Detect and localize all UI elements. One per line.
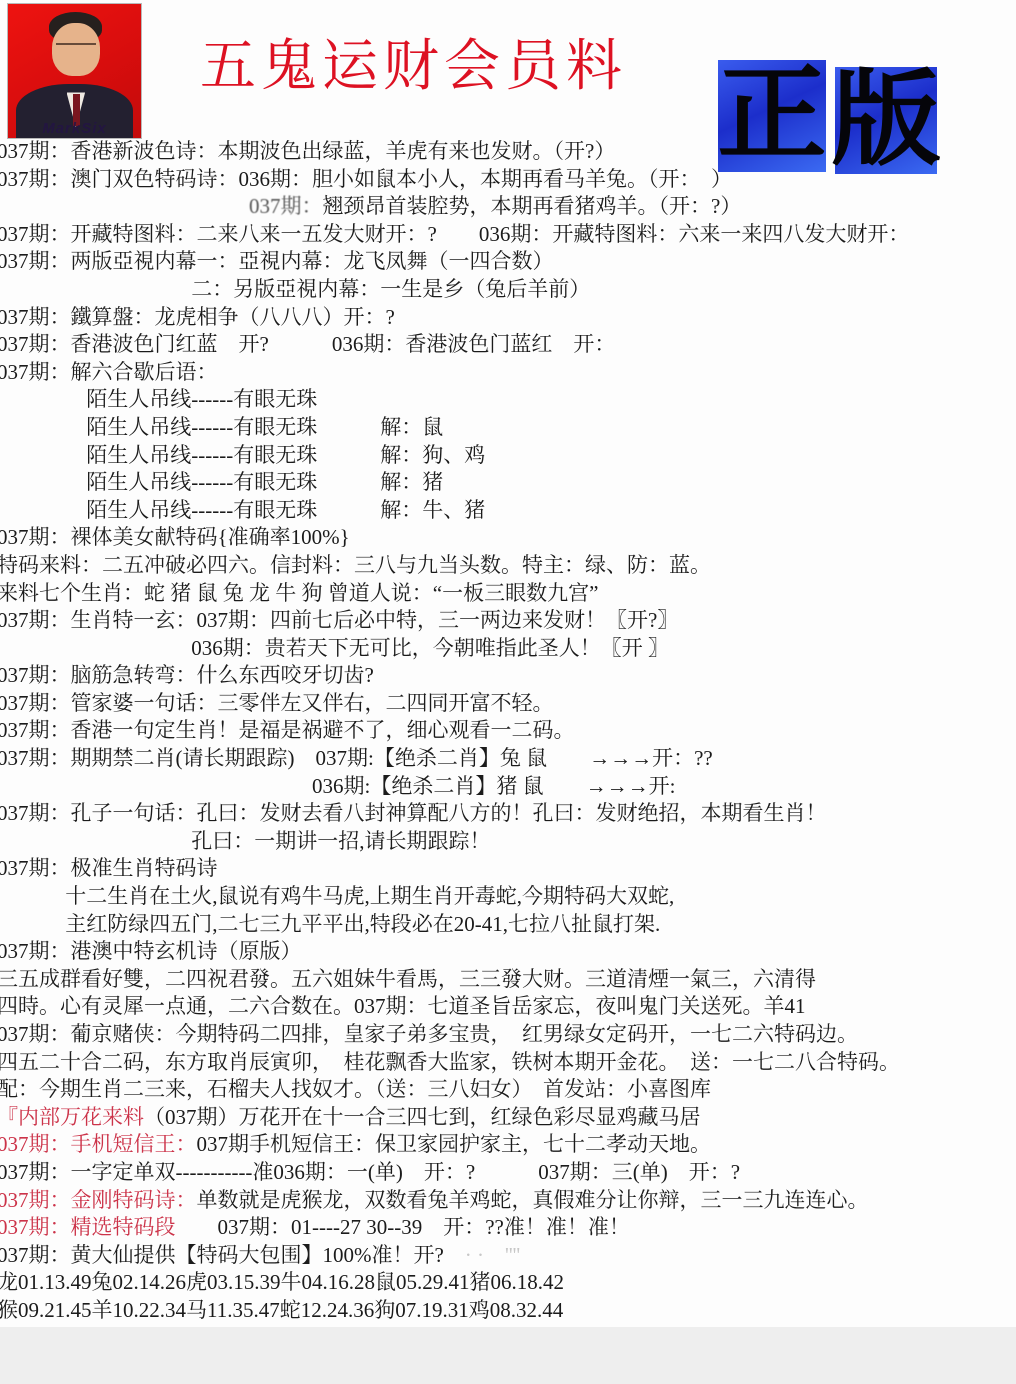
text-line: 037期：极准生肖特码诗 — [0, 855, 1016, 883]
text-line: 037期：孔子一句话：孔曰：发财去看八封神算配八方的！孔曰：发财绝招，本期看生肖… — [0, 800, 1016, 828]
text-line: 037期：鐵算盤：龙虎相争（八八八）开：? — [0, 304, 1016, 332]
content-lines: 037期：香港新波色诗：本期波色出绿蓝，羊虎有来也发财。（开?）037期：澳门双… — [0, 138, 1016, 1325]
text-segment: 037期：极准生肖特码诗 — [0, 856, 218, 880]
text-segment: 037期：金刚特码诗： — [0, 1188, 197, 1212]
text-line: 037期：葡京赌侠：今期特码二四排，皇家子弟多宝贵， 红男绿女定码开，一七二六特… — [0, 1021, 1016, 1049]
text-line: 037期：金刚特码诗：单数就是虎猴龙，双数看兔羊鸡蛇，真假难分让你辩，三一三九连… — [0, 1187, 1016, 1215]
text-line: 036期：贵若天下无可比，今朝唯指此圣人！〖开 〗 — [0, 635, 1016, 663]
text-line: 037期：解六合歇后语： — [0, 359, 1016, 387]
text-line: 037期：两版亞視内幕一：亞視内幕：龙飞凤舞（一四合数） — [0, 248, 1016, 276]
text-segment: 陌生人吊线------有眼无珠 — [0, 387, 317, 411]
text-segment: 037期：香港一句定生肖！是福是祸避不了，细心观看一二码。 — [0, 718, 575, 742]
text-segment: 037期：生肖特一玄：037期：四前七后必中特，三一两边来发财！〖开?〗 — [0, 608, 678, 632]
text-segment: 037期：期期禁二肖(请长期跟踪) 037期:【绝杀二肖】兔 鼠 →→→开：?? — [0, 746, 713, 770]
text-line: 037期：港澳中特玄机诗（原版） — [0, 938, 1016, 966]
text-line: 陌生人吊线------有眼无珠 解：鼠 — [0, 414, 1016, 442]
text-segment: 龙01.13.49兔02.14.26虎03.15.39牛04.16.28鼠05.… — [0, 1270, 564, 1294]
text-line: 四五二十合二码，东方取肖辰寅卯， 桂花飘香大监家，铁树本期开金花。 送：一七二八… — [0, 1049, 1016, 1077]
text-line: 037期：管家婆一句话：三零伴左又伴右，二四同开富不轻。 — [0, 690, 1016, 718]
bottom-margin — [0, 1327, 1016, 1384]
tip-sheet-page: MarkSix 五鬼运财会员料 正 版 037期：香港新波色诗：本期波色出绿蓝，… — [0, 0, 1016, 1384]
text-line: 三五成群看好雙，二四祝君發。五六姐妹牛看馬，三三發大财。三道清煙一氣三，六清得 — [0, 966, 1016, 994]
text-segment: 单数就是虎猴龙，双数看兔羊鸡蛇，真假难分让你辩，三一三九连连心。 — [197, 1188, 869, 1212]
text-line: 陌生人吊线------有眼无珠 解：狗、鸡 — [0, 442, 1016, 470]
text-segment: 037期手机短信王：保卫家园护家主，七十二孝动天地。 — [197, 1132, 712, 1156]
text-segment: 主红防绿四五门,二七三九平平出,特段必在20-41,七拉八扯鼠打架. — [0, 912, 660, 936]
text-line: 配：今期生肖二三来，石榴夫人找奴才。（送：三八妇女） 首发站：小喜图库 — [0, 1076, 1016, 1104]
text-line: 孔曰：一期讲一招,请长期跟踪！ — [0, 828, 1016, 856]
text-segment: 037期：一字定单双-----------准036期：一(单) 开：? 037期… — [0, 1160, 740, 1184]
text-line: 037期：香港波色门红蓝 开? 036期：香港波色门蓝红 开： — [0, 331, 1016, 359]
text-segment: 『内部万花来料 — [0, 1105, 144, 1129]
text-segment: 二：另版亞視内幕：一生是乡（兔后羊前） — [0, 277, 590, 301]
text-line: 二：另版亞視内幕：一生是乡（兔后羊前） — [0, 276, 1016, 304]
text-segment: 037期：01----27 30--39 开：??准！准！准！ — [176, 1215, 630, 1239]
photo-glasses-shape — [56, 43, 96, 54]
text-segment: 037期：裸体美女献特码{准确率100%} — [0, 525, 350, 549]
text-segment: 猴09.21.45羊10.22.34马11.35.47蛇12.24.36狗07.… — [0, 1298, 563, 1322]
text-segment: 037期：黄大仙提供【特码大包围】100%准！开? — [0, 1243, 444, 1267]
text-segment: 037期：鐵算盤：龙虎相争（八八八）开：? — [0, 305, 395, 329]
text-segment: （037期）万花开在十一合三四七到，红绿色彩尽显鸡藏马居 — [144, 1105, 701, 1129]
text-line: 『内部万花来料（037期）万花开在十一合三四七到，红绿色彩尽显鸡藏马居 — [0, 1104, 1016, 1132]
text-segment: 036期：贵若天下无可比，今朝唯指此圣人！〖开 〗 — [0, 636, 669, 660]
text-segment: 037期：港澳中特玄机诗（原版） — [0, 939, 302, 963]
text-segment: 037期：精选特码段 — [0, 1215, 176, 1239]
text-segment — [0, 194, 249, 218]
text-line: 特码来料：二五冲破必四六。信封料：三八与九当头数。特主：绿、防：蓝。 — [0, 552, 1016, 580]
text-segment: 037期：香港波色门红蓝 开? 036期：香港波色门蓝红 开： — [0, 332, 615, 356]
page-title: 五鬼运财会员料 — [200, 34, 660, 101]
text-line: 陌生人吊线------有眼无珠 解：猪 — [0, 469, 1016, 497]
text-line: 037期：期期禁二肖(请长期跟踪) 037期:【绝杀二肖】兔 鼠 →→→开：?? — [0, 745, 1016, 773]
text-line: 036期:【绝杀二肖】猪 鼠 →→→开: — [0, 773, 1016, 801]
photo-watermark: MarkSix — [8, 120, 141, 137]
text-line: 猴09.21.45羊10.22.34马11.35.47蛇12.24.36狗07.… — [0, 1297, 1016, 1325]
text-segment: 037期：两版亞視内幕一：亞視内幕：龙飞凤舞（一四合数） — [0, 249, 554, 273]
text-line: 037期：澳门双色特码诗：036期：胆小如鼠本小人，本期再看马羊兔。（开： ） — [0, 166, 1016, 194]
text-line: 037期：一字定单双-----------准036期：一(单) 开：? 037期… — [0, 1159, 1016, 1187]
text-segment: 特码来料：二五冲破必四六。信封料：三八与九当头数。特主：绿、防：蓝。 — [0, 553, 711, 577]
text-segment: 037期：澳门双色特码诗：036期：胆小如鼠本小人，本期再看马羊兔。（开： ） — [0, 167, 732, 191]
text-line: 037期：精选特码段 037期：01----27 30--39 开：??准！准！… — [0, 1214, 1016, 1242]
text-segment: 037期：解六合歇后语： — [0, 360, 218, 384]
text-line: 037期：香港一句定生肖！是福是祸避不了，细心观看一二码。 — [0, 717, 1016, 745]
text-segment: 三五成群看好雙，二四祝君發。五六姐妹牛看馬，三三發大财。三道清煙一氣三，六清得 — [0, 967, 816, 991]
text-line: 037期：翘颈昂首装腔势，本期再看猪鸡羊。（开：?） — [0, 193, 1016, 221]
text-segment: 孔曰：一期讲一招,请长期跟踪！ — [0, 829, 491, 853]
text-segment: 036期:【绝杀二肖】猪 鼠 →→→开: — [0, 774, 675, 798]
text-segment: 037期：葡京赌侠：今期特码二四排，皇家子弟多宝贵， 红男绿女定码开，一七二六特… — [0, 1022, 858, 1046]
text-line: 037期：手机短信王：037期手机短信王：保卫家园护家主，七十二孝动天地。 — [0, 1131, 1016, 1159]
text-segment: 十二生肖在土火,鼠说有鸡牛马虎,上期生肖开毒蛇,今期特码大双蛇, — [0, 884, 674, 908]
text-segment: 037期：香港新波色诗：本期波色出绿蓝，羊虎有来也发财。（开?） — [0, 139, 615, 163]
text-segment: 037期：孔子一句话：孔曰：发财去看八封神算配八方的！孔曰：发财绝招，本期看生肖… — [0, 801, 827, 825]
text-segment: 037期：脑筋急转弯：什么东西咬牙切齿? — [0, 663, 374, 687]
text-line: 陌生人吊线------有眼无珠 解：牛、猪 — [0, 497, 1016, 525]
text-segment: 翘颈昂首装腔势，本期再看猪鸡羊。（开：?） — [323, 194, 742, 218]
text-segment: 来料七个生肖：蛇 猪 鼠 兔 龙 牛 狗 曾道人说：“一板三眼数九宫” — [0, 581, 598, 605]
text-segment: 陌生人吊线------有眼无珠 解：牛、猪 — [0, 498, 485, 522]
text-line: 037期：裸体美女献特码{准确率100%} — [0, 524, 1016, 552]
text-line: 主红防绿四五门,二七三九平平出,特段必在20-41,七拉八扯鼠打架. — [0, 911, 1016, 939]
host-photo: MarkSix — [7, 3, 142, 139]
text-segment: 陌生人吊线------有眼无珠 解：猪 — [0, 470, 443, 494]
text-segment: 037期：开藏特图料：二来八来一五发大财开：? 036期：开藏特图料：六来一来四… — [0, 222, 909, 246]
text-line: 037期：香港新波色诗：本期波色出绿蓝，羊虎有来也发财。（开?） — [0, 138, 1016, 166]
text-segment: 037期：管家婆一句话：三零伴左又伴右，二四同开富不轻。 — [0, 691, 554, 715]
text-line: 037期：开藏特图料：二来八来一五发大财开：? 036期：开藏特图料：六来一来四… — [0, 221, 1016, 249]
text-segment: · · '''' — [444, 1243, 520, 1267]
text-segment: 037期：手机短信王： — [0, 1132, 197, 1156]
text-segment: 配：今期生肖二三来，石榴夫人找奴才。（送：三八妇女） 首发站：小喜图库 — [0, 1077, 711, 1101]
text-line: 037期：脑筋急转弯：什么东西咬牙切齿? — [0, 662, 1016, 690]
text-line: 陌生人吊线------有眼无珠 — [0, 386, 1016, 414]
text-segment: 四時。心有灵犀一点通，二六合数在。037期：七道圣旨岳家忘，夜叫鬼门关送死。羊4… — [0, 994, 806, 1018]
text-segment: 037期： — [249, 194, 323, 218]
text-line: 037期：黄大仙提供【特码大包围】100%准！开? · · '''' — [0, 1242, 1016, 1270]
text-line: 十二生肖在土火,鼠说有鸡牛马虎,上期生肖开毒蛇,今期特码大双蛇, — [0, 883, 1016, 911]
text-segment: 陌生人吊线------有眼无珠 解：鼠 — [0, 415, 443, 439]
text-line: 来料七个生肖：蛇 猪 鼠 兔 龙 牛 狗 曾道人说：“一板三眼数九宫” — [0, 580, 1016, 608]
text-segment: 陌生人吊线------有眼无珠 解：狗、鸡 — [0, 443, 485, 467]
text-line: 037期：生肖特一玄：037期：四前七后必中特，三一两边来发财！〖开?〗 — [0, 607, 1016, 635]
text-line: 龙01.13.49兔02.14.26虎03.15.39牛04.16.28鼠05.… — [0, 1269, 1016, 1297]
text-segment: 四五二十合二码，东方取肖辰寅卯， 桂花飘香大监家，铁树本期开金花。 送：一七二八… — [0, 1050, 900, 1074]
text-line: 四時。心有灵犀一点通，二六合数在。037期：七道圣旨岳家忘，夜叫鬼门关送死。羊4… — [0, 993, 1016, 1021]
